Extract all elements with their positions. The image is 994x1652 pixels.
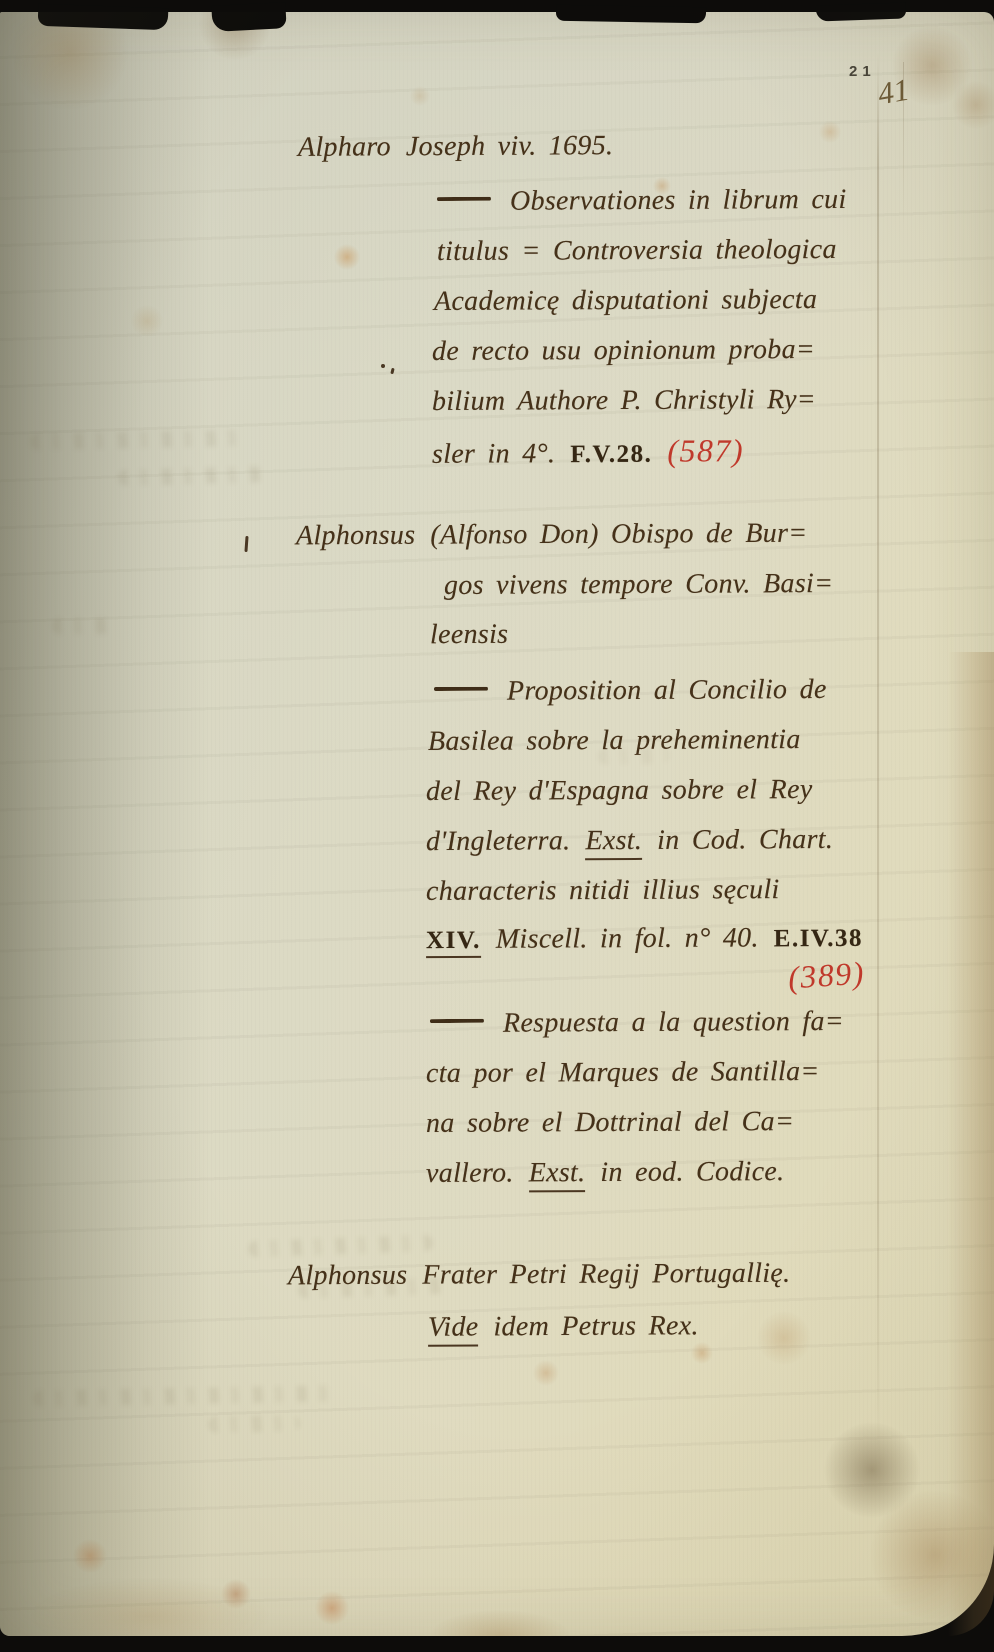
line-text: leensis [430,619,508,650]
torn-edge-notch [816,2,907,21]
manuscript-line: leensis [430,618,508,652]
verso-show-through [208,1415,300,1433]
folio-stamp-number: 21 [849,64,876,79]
verso-show-through [52,618,114,634]
line-text: de recto usu opinionum proba= [432,334,815,367]
em-dash-rule [430,1019,484,1023]
line-text: bilium Authore P. Christyli Ry= [432,384,816,417]
entry-headword: Alphonsus [296,520,416,552]
manuscript-line: na sobre el Dottrinal del Ca= [426,1105,794,1141]
century-numeral: XIV. [426,927,481,958]
line-text: Observationes in librum cui [510,184,847,217]
em-dash-rule [437,197,491,201]
line-text: Proposition al Concilio de [507,674,827,707]
verso-show-through [30,430,240,450]
entry-headline-rest: (Alfonso Don) Obispo de Bur= [430,518,807,551]
shelfmark: E.IV.38 [774,925,863,952]
entry-headline: AlpharoJoseph viv. 1695. [298,129,613,165]
manuscript-line: sler in 4°.F.V.28.(587) [432,433,744,473]
ink-mark [381,364,385,368]
entry-headline: AlphonsusFrater Petri Regij Portugallię. [288,1257,791,1294]
entry-headline-rest: Frater Petri Regij Portugallię. [422,1258,790,1291]
line-text: in eod. Codice. [600,1156,784,1188]
margin-crease [877,52,879,1462]
shelfmark: F.V.28. [570,441,652,468]
line-text: Miscell. in fol. n° 40. [496,922,759,954]
red-reference-number: (587) [667,432,744,468]
torn-edge-notch [556,5,706,24]
manuscript-line: vallero.Exst.in eod. Codice. [426,1155,785,1191]
underlined-word-exst: Exst. [585,825,642,860]
verso-show-through [248,1235,433,1257]
manuscript-line: del Rey d'Espagna sobre el Rey [426,773,813,809]
manuscript-line: Respuesta a la question fa= [430,1005,844,1041]
line-text: del Rey d'Espagna sobre el Rey [426,774,813,807]
line-text: characteris nitidi illius sęculi [426,874,780,907]
manuscript-line: de recto usu opinionum proba= [432,333,815,369]
line-text: in Cod. Chart. [657,824,833,856]
manuscript-line: d'Ingleterra.Exst.in Cod. Chart. [426,823,833,859]
gutter-shadow [0,12,210,1636]
line-text: Academicę disputationi subjecta [434,284,817,317]
em-dash-rule [434,687,488,691]
manuscript-line: characteris nitidi illius sęculi [426,873,780,909]
line-text: cta por el Marques de Santilla= [426,1056,820,1089]
manuscript-line: gos vivens tempore Conv. Basi= [444,567,833,603]
manuscript-line: bilium Authore P. Christyli Ry= [432,383,816,419]
manuscript-line: titulus = Controversia theologica [437,233,837,269]
entry-headline-rest: Joseph viv. 1695. [406,130,614,162]
line-text: idem Petrus Rex. [493,1310,698,1342]
entry-headword: Alpharo [298,131,391,162]
manuscript-line: Basilea sobre la preheminentia [428,723,801,759]
line-text: sler in 4°. [432,438,555,470]
verso-show-through [33,1385,333,1406]
manuscript-line: Proposition al Concilio de [434,673,827,709]
manuscript-line: Academicę disputationi subjecta [434,283,817,319]
browned-edge [948,652,994,1636]
torn-edge-notch [38,4,169,31]
manuscript-page: 21 41 AlpharoJoseph viv. 1695. Observati… [0,12,994,1636]
folio-number-handwritten: 41 [876,74,912,110]
manuscript-scan: 21 41 AlpharoJoseph viv. 1695. Observati… [0,0,994,1652]
underlined-word-vide: Vide [428,1311,479,1346]
line-text: vallero. [426,1157,514,1188]
manuscript-line: Videidem Petrus Rex. [428,1309,699,1344]
ink-mark [244,536,248,552]
ink-mark [390,368,394,375]
line-text: titulus = Controversia theologica [437,234,837,267]
entry-headline: Alphonsus(Alfonso Don) Obispo de Bur= [296,517,808,554]
manuscript-line: cta por el Marques de Santilla= [426,1055,820,1091]
entry-headword: Alphonsus [288,1260,408,1292]
torn-edge-notch [211,2,286,32]
line-text: Respuesta a la question fa= [503,1006,844,1039]
line-text: na sobre el Dottrinal del Ca= [426,1106,794,1139]
line-text: d'Ingleterra. [426,825,571,857]
red-reference-number: (389) [787,955,866,994]
manuscript-line: XIV.Miscell. in fol. n° 40.E.IV.38 [426,921,863,958]
verso-show-through [118,466,263,486]
manuscript-line: Observationes in librum cui [437,183,847,219]
underlined-word-exst: Exst. [529,1157,586,1192]
line-text: Basilea sobre la preheminentia [428,724,801,757]
line-text: gos vivens tempore Conv. Basi= [444,568,833,601]
